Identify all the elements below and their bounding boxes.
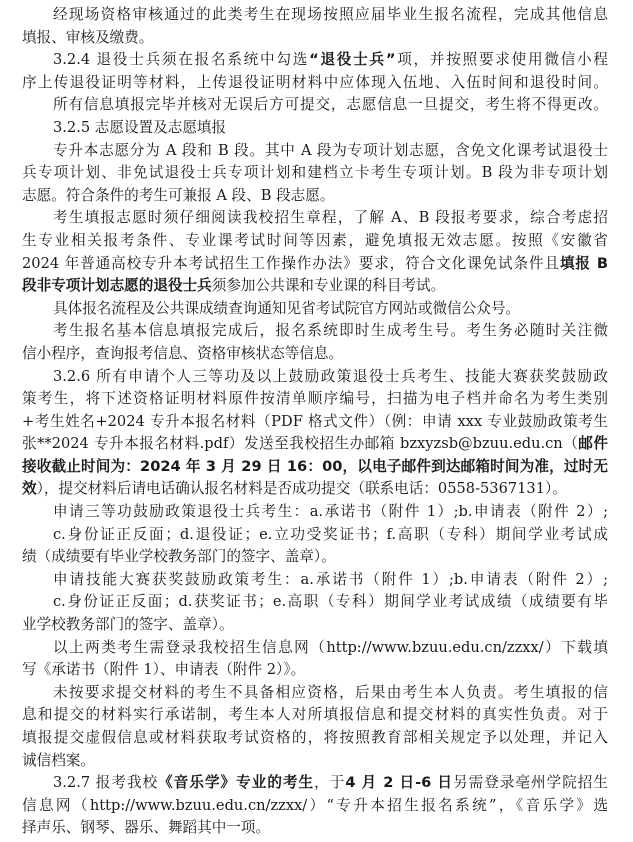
body-text: 生专业相关报考条件、专业课考试时间等因素，避免填报无效志愿。按照《安徽省: [22, 232, 608, 249]
text-line: 绩（成绩要有毕业学校教务部门的签字、盖章）。: [22, 546, 612, 569]
text-line: 择声乐、钢琴、器乐、舞蹈其中一项。: [22, 817, 612, 840]
text-line: 考生填报志愿时须仔细阅读我校招生章程，了解 A、B 段报考要求，综合考虑招: [22, 207, 608, 230]
body-text: 经现场资格审核通过的此类考生在现场按照应届毕业生报名流程，完成其他信息: [53, 6, 608, 23]
body-text: 信小程序，查询报考信息、资格审核状态等信息。: [22, 345, 343, 362]
text-line: 具体报名流程及公共课成绩查询通知见省考试院官方网站或微信公众号。: [22, 298, 612, 321]
text-line: +考生姓名+2024 专升本报名材料（PDF 格式文件）（例：申请 xxx 专业…: [22, 411, 608, 434]
body-text: 申请技能大赛获奖鼓励政策考生：a.承诺书（附件 1）;b.申请表（附件 2）;: [53, 571, 608, 588]
bold-text: 填报 B: [560, 255, 608, 272]
text-line: 以上两类考生需登录我校招生信息网（http://www.bzuu.edu.cn/…: [22, 637, 608, 660]
body-text: 申请三等功鼓励政策退役士兵考生：a.承诺书（附件 1）;b.申请表（附件 2）;: [53, 503, 608, 520]
text-line: 兵专项计划、非免试退役士兵专项计划和建档立卡考生专项计划。B 段为非专项计划: [22, 162, 608, 185]
body-text: 具体报名流程及公共课成绩查询通知见省考试院官方网站或微信公众号。: [53, 300, 520, 317]
body-text: 3.2.6 所有申请个人三等功及以上鼓励政策退役士兵考生、技能大赛获奖鼓励政: [53, 368, 608, 385]
body-text: 序上传退役证明等材料，上传退役证明材料中应体现入伍地、入伍时间和退役时间。: [22, 74, 608, 91]
body-text: 兵专项计划、非免试退役士兵专项计划和建档立卡考生专项计划。B 段为非专项计划: [22, 164, 608, 181]
body-text: 另需登录亳州学院招生: [453, 774, 608, 791]
text-line: 息和提交的材料实行承诺制，考生本人对所填报信息和提交材料的真实性负责。对于: [22, 704, 608, 727]
text-line: 申请技能大赛获奖鼓励政策考生：a.承诺书（附件 1）;b.申请表（附件 2）;: [22, 569, 608, 592]
body-text: 择声乐、钢琴、器乐、舞蹈其中一项。: [22, 819, 270, 836]
bold-text: 4 月 2 日-6 日: [345, 774, 453, 791]
body-text: 写《承诺书（附件 1）、申请表（附件 2）》。: [22, 661, 305, 678]
body-text: c.身份证正反面；d.退役证；e.立功受奖证书；f.高职（专科）期间学业考试成: [53, 526, 608, 543]
body-text: 填报、审核及缴费。: [22, 29, 153, 46]
text-line: 填报提交虚假信息或材料获取考试资格的，将按照教育部相关规定予以处理，并记入: [22, 727, 608, 750]
body-text: ，于: [314, 774, 345, 791]
text-line: 段非专项计划志愿的退役士兵须参加公共课和专业课的科目考试。: [22, 275, 612, 298]
bold-text: 段非专项计划志愿的退役士兵: [22, 277, 212, 294]
text-line: 张**2024 专升本报名材料.pdf）发送至我校招生办邮箱 bzxyzsb@b…: [22, 433, 608, 456]
text-line: 策考生，将下述资格证明材料原件按清单顺序编号，扫描为电子档并命名为考生类别: [22, 388, 608, 411]
bold-text: 接收截止时间为：2024 年 3 月 29 日 16：00，以电子邮件到达邮箱时…: [22, 458, 608, 475]
bold-text: “退役士兵”: [309, 51, 395, 68]
body-text: 以上两类考生需登录我校招生信息网（http://www.bzuu.edu.cn/…: [53, 639, 608, 656]
body-text: 3.2.5 志愿设置及志愿填报: [53, 119, 226, 136]
body-text: ），提交材料后请电话确认报名材料是否成功提交（联系电话：0558-5367131…: [37, 480, 567, 497]
text-line: 填报、审核及缴费。: [22, 27, 612, 50]
body-text: 考生报名基本信息填报完成后，报名系统即时生成考生号。考生务必随时关注微: [53, 322, 608, 339]
text-line: 诚信档案。: [22, 750, 612, 773]
text-line: 未按要求提交材料的考生不具备相应资格，后果由考生本人负责。考生填报的信: [22, 682, 608, 705]
body-text: 3.2.7 报考我校: [53, 774, 158, 791]
body-text: 考生填报志愿时须仔细阅读我校招生章程，了解 A、B 段报考要求，综合考虑招: [53, 209, 608, 226]
body-text: 诚信档案。: [22, 752, 95, 769]
text-line: c.身份证正反面；d.退役证；e.立功受奖证书；f.高职（专科）期间学业考试成: [22, 524, 608, 547]
text-line: 3.2.5 志愿设置及志愿填报: [22, 117, 612, 140]
text-line: 信息网（http://www.bzuu.edu.cn/zzxx/）“专升本招生报…: [22, 795, 608, 818]
body-text: 信息网（http://www.bzuu.edu.cn/zzxx/）“专升本招生报…: [22, 797, 608, 814]
text-line: 3.2.6 所有申请个人三等功及以上鼓励政策退役士兵考生、技能大赛获奖鼓励政: [22, 366, 608, 389]
body-text: 志愿。符合条件的考生可兼报 A 段、B 段志愿。: [22, 187, 334, 204]
body-text: 2024 年普通高校专升本考试招生工作操作办法》要求，符合文化课免试条件且: [22, 255, 560, 272]
text-line: 申请三等功鼓励政策退役士兵考生：a.承诺书（附件 1）;b.申请表（附件 2）;: [22, 501, 608, 524]
text-line: 专升本志愿分为 A 段和 B 段。其中 A 段为专项计划志愿，含免文化课考试退役…: [22, 140, 608, 163]
text-line: 所有信息填报完毕并核对无误后方可提交，志愿信息一旦提交，考生将不得更改。: [22, 94, 608, 117]
text-line: 3.2.4 退役士兵须在报名系统中勾选“退役士兵”项，并按照要求使用微信小程: [22, 49, 608, 72]
text-line: 写《承诺书（附件 1）、申请表（附件 2）》。: [22, 659, 612, 682]
body-text: 项，并按照要求使用微信小程: [395, 51, 608, 68]
text-line: 序上传退役证明等材料，上传退役证明材料中应体现入伍地、入伍时间和退役时间。: [22, 72, 608, 95]
bold-text: 效: [22, 480, 37, 497]
body-text: 专升本志愿分为 A 段和 B 段。其中 A 段为专项计划志愿，含免文化课考试退役…: [53, 142, 608, 159]
body-text: 息和提交的材料实行承诺制，考生本人对所填报信息和提交材料的真实性负责。对于: [22, 706, 608, 723]
text-line: 考生报名基本信息填报完成后，报名系统即时生成考生号。考生务必随时关注微: [22, 320, 608, 343]
text-line: 志愿。符合条件的考生可兼报 A 段、B 段志愿。: [22, 185, 612, 208]
text-line: 经现场资格审核通过的此类考生在现场按照应届毕业生报名流程，完成其他信息: [22, 4, 608, 27]
body-text: 业学校教务部门的签字、盖章）。: [22, 616, 234, 633]
text-line: 2024 年普通高校专升本考试招生工作操作办法》要求，符合文化课免试条件且填报 …: [22, 253, 608, 276]
document-page: 经现场资格审核通过的此类考生在现场按照应届毕业生报名流程，完成其他信息填报、审核…: [22, 4, 612, 840]
text-line: 生专业相关报考条件、专业课考试时间等因素，避免填报无效志愿。按照《安徽省: [22, 230, 608, 253]
bold-text: 邮件: [578, 435, 608, 452]
body-text: 3.2.4 退役士兵须在报名系统中勾选: [53, 51, 309, 68]
text-line: 接收截止时间为：2024 年 3 月 29 日 16：00，以电子邮件到达邮箱时…: [22, 456, 608, 479]
body-text: 张**2024 专升本报名材料.pdf）发送至我校招生办邮箱 bzxyzsb@b…: [22, 435, 578, 452]
text-line: 业学校教务部门的签字、盖章）。: [22, 614, 612, 637]
body-text: 未按要求提交材料的考生不具备相应资格，后果由考生本人负责。考生填报的信: [53, 684, 608, 701]
body-text: c.身份证正反面；d.获奖证书；e.高职（专科）期间学业考试成绩（成绩要有毕: [53, 593, 608, 610]
body-text: 所有信息填报完毕并核对无误后方可提交，志愿信息一旦提交，考生将不得更改。: [53, 96, 608, 113]
body-text: 填报提交虚假信息或材料获取考试资格的，将按照教育部相关规定予以处理，并记入: [22, 729, 608, 746]
body-text: 策考生，将下述资格证明材料原件按清单顺序编号，扫描为电子档并命名为考生类别: [22, 390, 608, 407]
body-text: +考生姓名+2024 专升本报名材料（PDF 格式文件）（例：申请 xxx 专业…: [22, 413, 608, 430]
body-text: 须参加公共课和专业课的科目考试。: [212, 277, 446, 294]
body-text: 绩（成绩要有毕业学校教务部门的签字、盖章）。: [22, 548, 336, 565]
text-line: 信小程序，查询报考信息、资格审核状态等信息。: [22, 343, 612, 366]
text-line: 3.2.7 报考我校《音乐学》专业的考生，于4 月 2 日-6 日另需登录亳州学…: [22, 772, 608, 795]
text-line: 效），提交材料后请电话确认报名材料是否成功提交（联系电话：0558-536713…: [22, 478, 612, 501]
text-line: c.身份证正反面；d.获奖证书；e.高职（专科）期间学业考试成绩（成绩要有毕: [22, 591, 608, 614]
bold-text: 《音乐学》专业的考生: [158, 774, 314, 791]
